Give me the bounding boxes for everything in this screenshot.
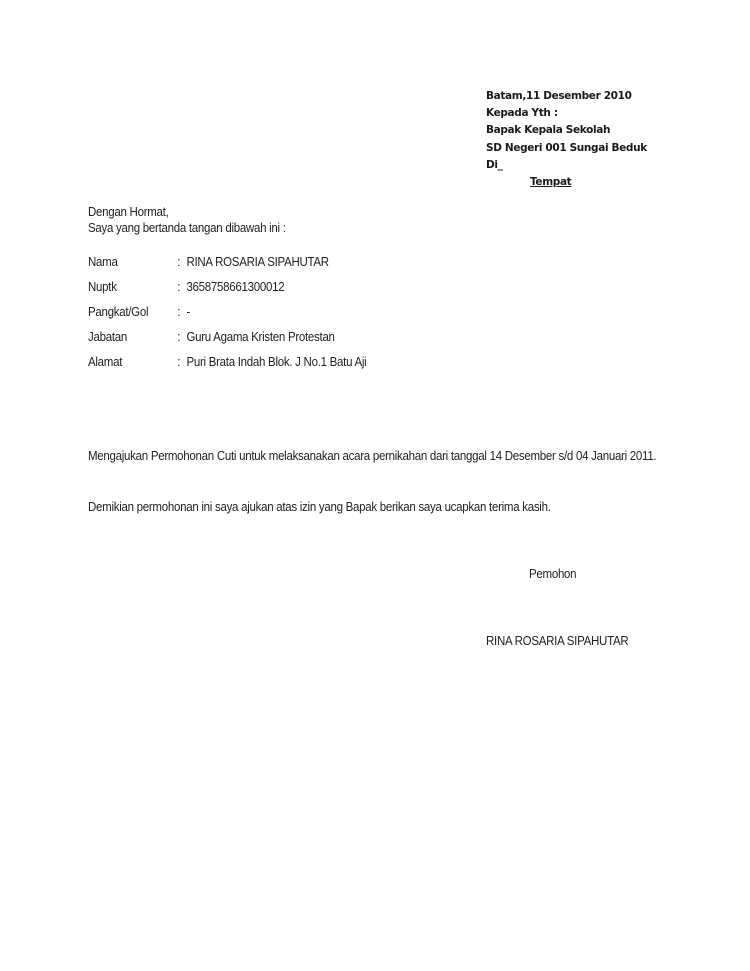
field-colon: :: [177, 305, 186, 330]
recipient-school: SD Negeri 001 Sungai Beduk: [486, 140, 647, 157]
closing-paragraph: Demikian permohonan ini saya ajukan atas…: [88, 499, 691, 516]
recipient-to: Kepada Yth :: [486, 105, 647, 122]
field-value: 3658758661300012: [186, 280, 284, 305]
field-label: Alamat: [88, 355, 177, 380]
field-row-jabatan: Jabatan : Guru Agama Kristen Protestan: [88, 330, 366, 355]
field-value: -: [186, 305, 190, 330]
field-colon: :: [177, 330, 186, 355]
field-colon: :: [177, 355, 186, 380]
field-label: Nama: [88, 255, 177, 280]
field-value: Puri Brata Indah Blok. J No.1 Batu Aji: [186, 355, 366, 380]
identity-fields: Nama : RINA ROSARIA SIPAHUTAR Nuptk : 36…: [88, 255, 366, 380]
signature-name: RINA ROSARIA SIPAHUTAR: [486, 634, 628, 648]
field-value: Guru Agama Kristen Protestan: [186, 330, 334, 355]
field-value: RINA ROSARIA SIPAHUTAR: [186, 255, 328, 280]
recipient-block: Batam,11 Desember 2010 Kepada Yth : Bapa…: [486, 88, 647, 191]
place-date: Batam,11 Desember 2010: [486, 88, 647, 105]
recipient-addressee: Bapak Kepala Sekolah: [486, 122, 647, 139]
letter-page: Batam,11 Desember 2010 Kepada Yth : Bapa…: [0, 0, 750, 971]
field-colon: :: [177, 280, 186, 305]
salutation: Dengan Hormat,: [88, 204, 286, 220]
field-colon: :: [177, 255, 186, 280]
field-label: Jabatan: [88, 330, 177, 355]
field-row-nuptk: Nuptk : 3658758661300012: [88, 280, 366, 305]
field-label: Pangkat/Gol: [88, 305, 177, 330]
field-label: Nuptk: [88, 280, 177, 305]
greeting: Dengan Hormat, Saya yang bertanda tangan…: [88, 204, 286, 236]
field-row-nama: Nama : RINA ROSARIA SIPAHUTAR: [88, 255, 366, 280]
field-row-pangkat-gol: Pangkat/Gol : -: [88, 305, 366, 330]
field-row-alamat: Alamat : Puri Brata Indah Blok. J No.1 B…: [88, 355, 366, 380]
recipient-tempat: Tempat: [486, 174, 647, 191]
request-paragraph: Mengajukan Permohonan Cuti untuk melaksa…: [88, 448, 691, 465]
intro-line: Saya yang bertanda tangan dibawah ini :: [88, 220, 286, 236]
recipient-di: Di_: [486, 157, 647, 174]
signature-role: Pemohon: [529, 567, 576, 581]
